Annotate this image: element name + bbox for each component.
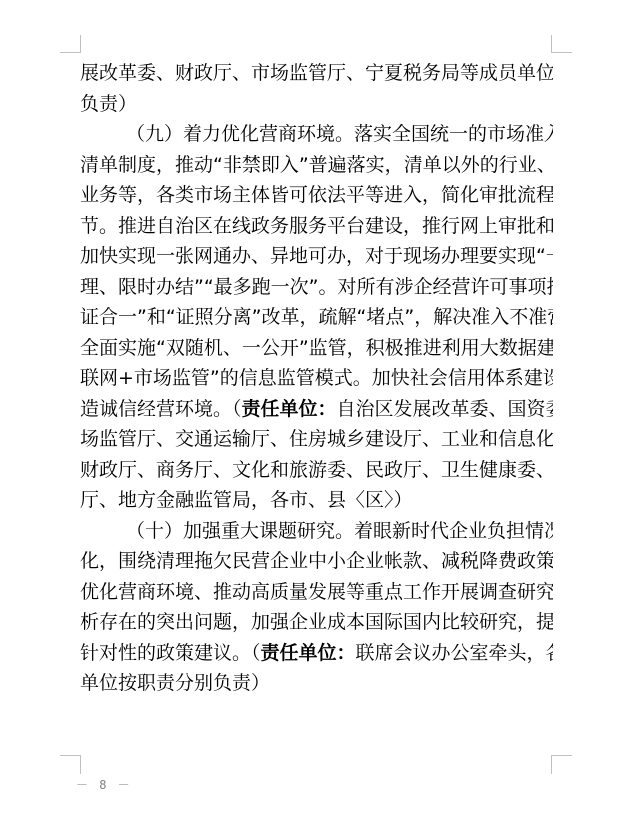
responsible-unit-label: 责任单位： [242,398,337,420]
responsible-unit-label: 责任单位： [261,642,356,664]
text-line: （九）着力优化营商环境。落实全国统一的市场准入负面 [80,119,553,150]
text-line: 化，围绕清理拖欠民营企业中小企业帐款、减税降费政策落实、 [80,546,553,577]
text-line: 析存在的突出问题，加强企业成本国际国内比较研究，提出有 [80,607,553,638]
text-segment: 联席会议办公室牵头，各成员 [356,642,553,664]
text-line: 造诚信经营环境。（责任单位：自治区发展改革委、国资委、市 [80,394,553,425]
text-line: 场监管厅、交通运输厅、住房城乡建设厅、工业和信息化厅、 [80,424,553,455]
text-line: 单位按职责分别负责） [80,668,553,699]
text-segment: 自治区发展改革委、国资委、市 [337,398,553,420]
page-number: － 8 － [76,776,132,793]
text-line: （十）加强重大课题研究。着眼新时代企业负担情况新变 [80,516,553,547]
text-line: 节。推进自治区在线政务服务平台建设，推行网上审批和服务， [80,211,553,242]
text-line: 联网+市场监管”的信息监管模式。加快社会信用体系建设，营 [80,363,553,394]
text-line: 清单制度，推动“非禁即入”普遍落实，清单以外的行业、领域、 [80,150,553,181]
text-segment: 针对性的政策建议。（ [80,642,261,664]
text-line: 理、限时办结”“最多跑一次”。对所有涉企经营许可事项推行“多 [80,272,553,303]
text-segment: 造诚信经营环境。（ [80,398,242,420]
text-line: 加快实现一张网通办、异地可办，对于现场办理要实现“一窗受 [80,241,553,272]
text-line: 优化营商环境、推动高质量发展等重点工作开展调查研究，分 [80,577,553,608]
document-body: 展改革委、财政厅、市场监管厅、宁夏税务局等成员单位分别负责）（九）着力优化营商环… [80,58,553,699]
text-line: 针对性的政策建议。（责任单位：联席会议办公室牵头，各成员 [80,638,553,669]
text-line: 负责） [80,89,553,120]
text-line: 财政厅、商务厅、文化和旅游委、民政厅、卫生健康委、教育 [80,455,553,486]
text-line: 证合一”和“证照分离”改革，疏解“堵点”，解决准入不准营问题。 [80,302,553,333]
text-line: 业务等，各类市场主体皆可依法平等进入，简化审批流程和环 [80,180,553,211]
text-line: 全面实施“双随机、一公开”监管，积极推进利用大数据建立“互 [80,333,553,364]
text-line: 厅、地方金融监管局，各市、县〈区〉） [80,485,553,516]
text-line: 展改革委、财政厅、市场监管厅、宁夏税务局等成员单位分别 [80,58,553,89]
